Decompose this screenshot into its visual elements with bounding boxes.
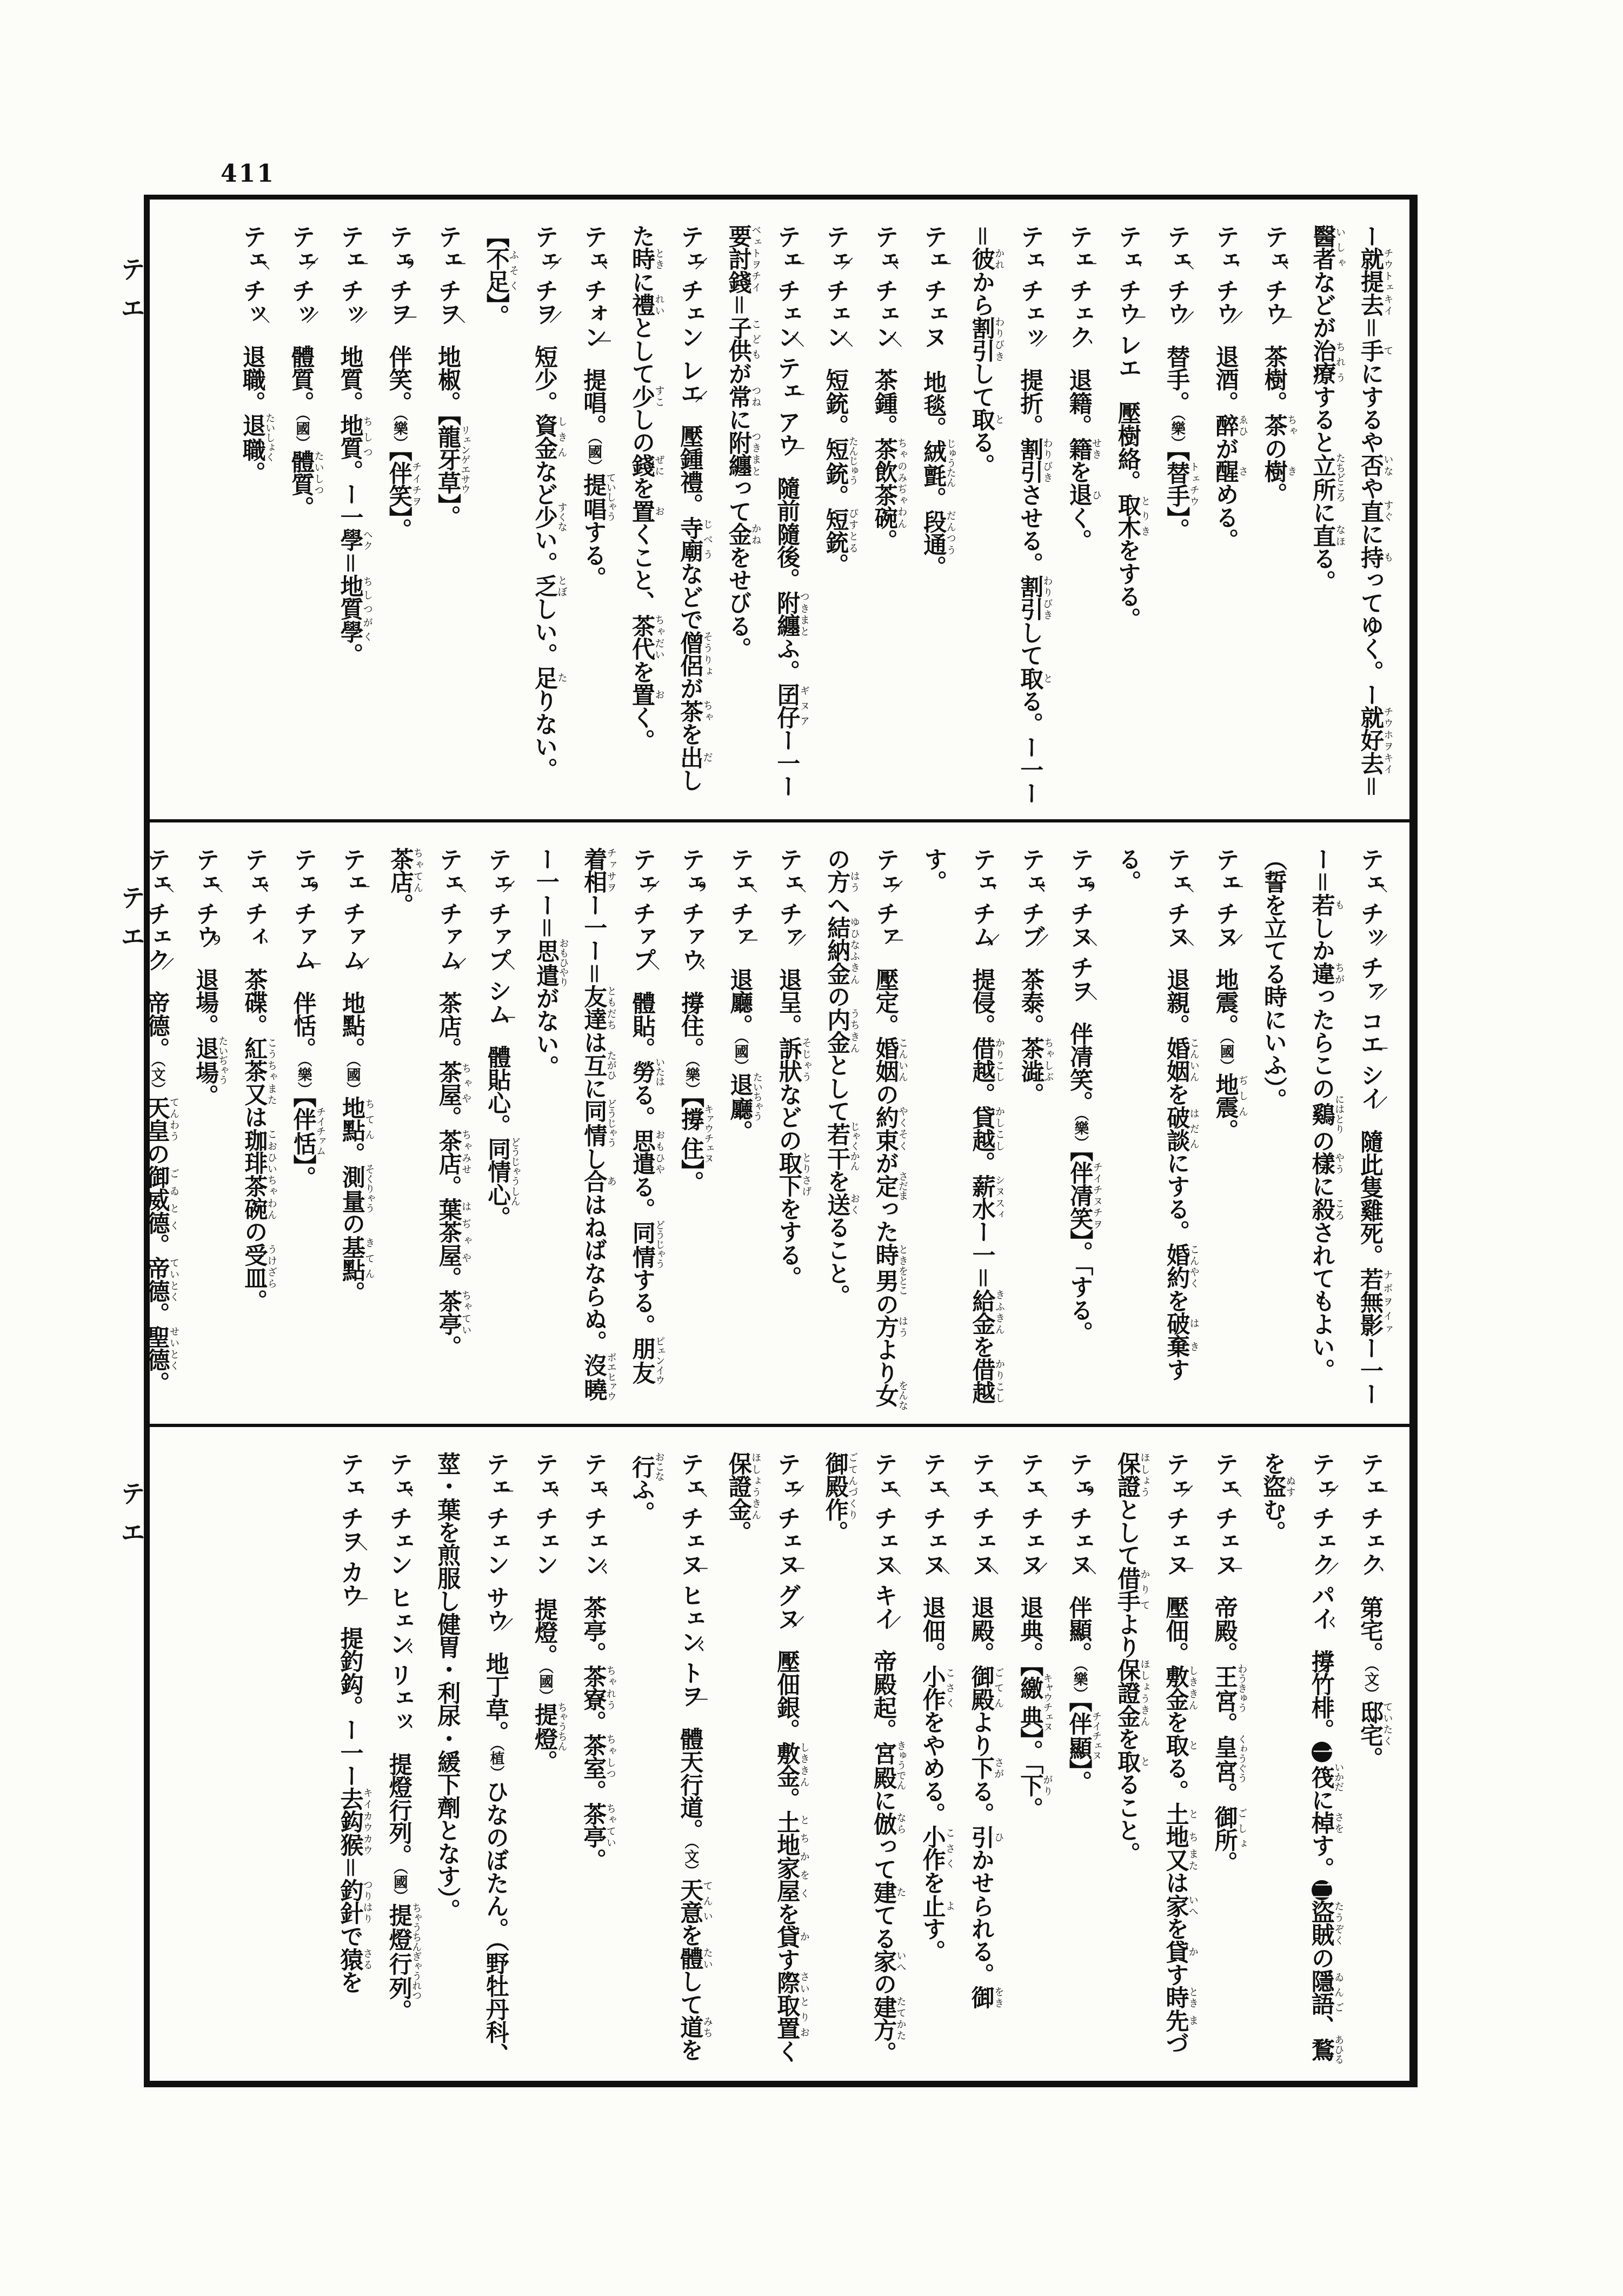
tone-mark: く: [1029, 880, 1054, 892]
entry-definition: 退呈。訴狀そじゃうなどの取下とりさげをする。: [775, 968, 802, 1289]
tone-mark: ＼: [640, 958, 665, 970]
entry-definition: 退典。【繳典キャウチェヌ】。「下がり。: [1016, 1596, 1043, 1820]
entry-headword-kana: テェヽチム／: [969, 847, 996, 955]
dictionary-entry: テェ＼チェヌ｜帝殿。王宮わうきゅう。皇宮くゎうぐう。御所ごしょ。: [1200, 1452, 1248, 2070]
dictionary-entry: テェ／チヲ／短少。資金しきんなど少すくない。乏とぼしい。足たりない。【不足ふそく…: [472, 224, 569, 808]
dictionary-entry: テェ｜チェクヽ第宅。（文）邸宅ていたく。: [1346, 1452, 1394, 2070]
tone-mark: ＼: [833, 335, 858, 347]
dictionary-entry: テェ／チァ｜壓定。婚姻こんいんの約束やくそくが定さだまった時とき男をとこの方はう…: [813, 847, 910, 1413]
tone-mark: ／: [883, 880, 908, 892]
page-number: 411: [221, 160, 275, 188]
entry-headword-kana: テェヽチェッ／: [1016, 224, 1043, 356]
dictionary-entry: テェヽチヲ＼カウ｜提釣鈎。ー一ー去鈎猴キイカウカウ＝釣針つりはりで猿さるを: [325, 1452, 374, 2070]
entry-definition: 退場。退場たいぢゃう。: [192, 968, 219, 1107]
entry-headword-kana: テェ｜チェンサウ／: [482, 1452, 509, 1640]
dictionary-entry: テェ＼チッ＼退職。退職たいしょく。: [228, 224, 276, 808]
tone-mark: ／: [784, 1485, 809, 1497]
tone-mark: ／: [1223, 311, 1248, 323]
tone-mark: ｜: [784, 389, 809, 401]
band-bottom: テェ｜チェクヽ第宅。（文）邸宅ていたく。テェ／チェク／パイく撐竹棑。一筏いかだに…: [150, 1427, 1409, 2081]
entry-definition: 撐住。（樂）【撐住キァウチェヌ】。: [677, 991, 704, 1194]
dictionary-entry: テェ９チヌ＼チヲ＼伴凊笑。（樂）【伴凊笑チイチヌチヲ】。「する。: [1055, 847, 1104, 1413]
tone-mark: ｜: [445, 257, 470, 269]
entry-headword-kana: テェ／チッ／: [288, 224, 315, 333]
dictionary-entry: テェ｜チヌ／地震。（國）地震ぢしん。: [1201, 847, 1249, 1413]
entry-definition: 地質。地質ちしつ。ー一學ヘク＝地質學ちしつがく。: [336, 345, 363, 666]
dictionary-entry: テェ９チヲ｜伴笑。（樂）【伴笑チイチヲ】。: [374, 224, 423, 808]
entry-headword-kana: テェ／チェン＼: [822, 224, 849, 356]
tone-mark: ／: [640, 880, 665, 892]
entry-definition: 帝殿。王宮わうきゅう。皇宮くゎうぐう。御所ごしょ。: [1211, 1596, 1238, 1874]
tone-mark: ｜: [348, 1592, 373, 1604]
entry-definition: 替手。（樂）【替手トェチウ】。: [1163, 345, 1190, 541]
genre-label: （文）: [682, 1842, 699, 1878]
dictionary-entry: テェ｜チェンサウ／地丁草。（植）ひなのぼたん。（野牡丹科、莖・葉を煎服し健胃・利…: [423, 1452, 520, 2070]
content-border-box: ー就提去チウトェキイ＝手てにするや否いなや直すぐに持もってゆく。ー就好去チウホヲ…: [144, 195, 1418, 2087]
entry-headword-kana: テェ９チァウく: [677, 847, 704, 979]
tone-mark: ｜: [1222, 1562, 1247, 1574]
tone-mark: ヽ: [397, 1719, 422, 1731]
entry-headword-kana: テェくチウ｜: [1261, 224, 1288, 333]
genre-label: （國）: [344, 1060, 361, 1097]
tone-mark: く: [252, 880, 277, 892]
tone-mark: ＼: [1222, 1485, 1247, 1497]
genre-label: （國）: [536, 1667, 553, 1703]
entry-definition: 第宅。（文）邸宅ていたく。: [1356, 1596, 1383, 1769]
dictionary-entry: テェ＼チウ９退場。退場たいぢゃう。: [181, 847, 230, 1413]
tone-mark: ／: [1368, 934, 1393, 946]
dictionary-entry: テェくチェンヒェンくリェッヽ提燈行列。（國）提燈行列ちゃうちんぎゃうれつ。: [374, 1452, 423, 2070]
tone-mark: く: [397, 1642, 422, 1654]
entry-definition: 帝德。（文）天皇てんわうの御威德ごゐとく。帝德ていとく。聖德せいとく。: [150, 991, 170, 1394]
tone-mark: ｜: [1126, 311, 1150, 323]
entry-headword-kana: テェ／チァプ＼: [629, 847, 656, 979]
dictionary-entry: テェ＼チェヌ／退典。【繳典キャウチェヌ】。「下がり。: [1006, 1452, 1054, 2070]
dictionary-entry: テェ｜チッ／地質。地質ちしつ。ー一學ヘク＝地質學ちしつがく。: [325, 224, 374, 808]
tone-mark: ＼: [250, 311, 275, 323]
tone-mark: ｜: [688, 1694, 713, 1706]
tone-mark: く: [688, 1640, 713, 1651]
entry-headword-kana: テェ＼チェヌ＼キイ／: [870, 1452, 897, 1637]
tone-mark: ／: [784, 1616, 809, 1628]
genre-label: （國）: [391, 1867, 408, 1903]
entry-headword-kana: テェ＼チァ／: [775, 847, 802, 955]
tone-mark: ／: [980, 934, 1005, 946]
tone-mark: ＼: [881, 1485, 906, 1497]
dictionary-entry: テェ＼チェヌ｜ヒェンくトヲ｜體天行道。（文）天意てんいを體たいして道みちを行おこ…: [617, 1452, 714, 2070]
tone-mark: ／: [348, 311, 373, 323]
entry-definition: 茶亭。茶寮ちゃれう。茶室ちゃしつ。茶亭ちゃてい。: [580, 1596, 607, 1871]
entry-definition: 伴凊笑。（樂）【伴凊笑チイチヌチヲ】。「する。: [1066, 1022, 1093, 1344]
entry-definition: 體貼心。同情心どうじゃうしん。: [484, 1045, 511, 1229]
entry-definition: 提釣鈎。ー一ー去鈎猴キイカウカウ＝釣針つりはりで猿さるを: [336, 1627, 363, 1993]
tone-mark: ｜: [348, 257, 373, 269]
genre-label: （國）: [585, 437, 602, 474]
entry-headword-kana: テェ＼チウ／: [1163, 224, 1190, 333]
dictionary-entry: テェ＼チェク／帝德。（文）天皇てんわうの御威德ごゐとく。帝德ていとく。聖德せいと…: [150, 847, 181, 1413]
entry-definition: 茶鍾。茶飲茶碗ちゃのみぢゃわん。: [871, 368, 898, 552]
entry-definition: 茶樹。茶ちゃの樹き。: [1261, 345, 1288, 506]
dictionary-entry: テェ／チェヌ｜グヌ／壓佃銀。敷金しききん。土地家屋とちかをくを貸かす際さい取置と…: [714, 1452, 811, 2070]
dictionary-entry: テェくチェン＼茶鍾。茶飲茶碗ちゃのみぢゃわん。: [860, 224, 909, 808]
tone-mark: ９: [1076, 1485, 1101, 1497]
entry-headword-kana: テェ９チヌ＼チヲ＼: [1066, 847, 1093, 1009]
entry-definition: 壓樹絡。取木とりきをする。: [1114, 401, 1141, 631]
tone-mark: ＼: [1076, 1562, 1101, 1574]
dictionary-entry: テェ＼チァム／茶店。茶屋ちゃや。茶店ちゃみせ。葉茶屋はぢゃや。茶亭ちゃてい。茶店…: [376, 847, 473, 1413]
tone-mark: ／: [542, 311, 567, 323]
tone-mark: ／: [688, 391, 713, 403]
tone-mark: ｜: [1368, 1485, 1393, 1497]
entry-definition: 退佃。小作こさくをやめる。小作こさくを止よす。: [919, 1596, 946, 1962]
entry-definition: 地椒。【龍牙草リェンゲエサウ】。: [434, 345, 461, 528]
dictionary-entry: テェ９チァム｜伴恬。（樂）【伴恬チイチァム】。: [278, 847, 327, 1413]
entry-headword-kana: テェ｜チェクヽ: [1065, 224, 1092, 356]
tone-mark: ヽ: [252, 934, 277, 946]
tone-mark: ９: [203, 934, 228, 946]
dictionary-entry: テェ／チェヌ｜壓佃。敷金しききんを取とる。土地とち又または家いへを貸かす時とき先…: [1103, 1452, 1200, 2070]
entry-headword-kana: テェヽチウ／: [1212, 224, 1239, 333]
tone-mark: ＼: [688, 1485, 713, 1497]
entry-headword-kana: テェくチェンヒェンくリェッヽ: [385, 1452, 413, 1740]
tone-mark: ９: [1077, 880, 1102, 892]
dictionary-entry: テェ／チェン＼短銃。短銃たんじゅう。短銃ぴすとる。: [811, 224, 860, 808]
dictionary-entry: テェ＼チァ｜退廳。（國）退廳たいちゃう。: [715, 847, 764, 1413]
entry-definition: 伴顯。（樂）【伴顯チイチェヌ】。: [1065, 1596, 1092, 1794]
tone-mark: ＼: [930, 1562, 955, 1574]
entry-headword-kana: テェくチィヽ: [241, 847, 268, 955]
dictionary-entry: テェ／チァプ＼體貼。勞いたはる。思遣おもひやる。同情どうじゃうする。朋友ピェンイ…: [522, 847, 667, 1413]
entry-definition: 體質。（國）體質たいしつ。: [288, 345, 315, 519]
entry-definition: 伴恬。（樂）【伴恬チイチァム】。: [290, 991, 317, 1189]
tone-mark: く: [689, 958, 714, 970]
tone-mark: ヽ: [1126, 257, 1150, 269]
entry-headword-kana: テェ／チァ｜: [872, 847, 899, 955]
entry-definition: ー就提去チウトェキイ＝手てにするや否いなや直すぐに持もってゆく。ー就好去チウホヲ…: [1309, 224, 1384, 798]
tone-mark: ＼: [1174, 934, 1199, 946]
tone-mark: ＼: [445, 311, 470, 323]
genre-label: （樂）: [391, 414, 408, 450]
tone-mark: ヽ: [1368, 1562, 1393, 1574]
entry-headword-kana: テェ＼チェヌ｜: [1211, 1452, 1238, 1583]
entry-definition: 提唱。（國）提唱ていしゃうする。: [580, 368, 607, 589]
tone-mark: ｜: [1173, 1562, 1198, 1574]
entry-headword-kana: テェくチェン＼: [871, 224, 898, 356]
tone-mark: く: [542, 1485, 567, 1497]
entry-headword-kana: テェくチォン｜: [580, 224, 607, 356]
entry-definition: 地點。（國）地點ちてん。測量そくりゃうの基點きてん。: [338, 991, 365, 1304]
tone-mark: ＼: [737, 880, 762, 892]
tone-mark: ヽ: [348, 1485, 373, 1497]
tone-mark: ｜: [688, 1562, 713, 1574]
tone-mark: ／: [833, 257, 858, 269]
dictionary-entry: テェヽチェッ／提折。割引わりびきさせる。割引わりびきして取とる。ー一ー＝彼かれか…: [957, 224, 1054, 808]
genre-label: （文）: [150, 1060, 165, 1097]
entry-definition: 茶泰。茶澁ちゃしぶ。: [1017, 968, 1045, 1105]
entry-headword-kana: テェ＼チァム／: [435, 847, 462, 979]
tone-mark: ／: [350, 958, 375, 970]
tone-mark: ｜: [1076, 257, 1101, 269]
tone-mark: ９: [301, 880, 326, 892]
entry-headword-kana: テェ｜チァム／: [338, 847, 365, 979]
dictionary-entry: テェ＼チェヌ＼退殿。御殿ごてんより下さがる。引ひかせられる。御をき: [956, 1452, 1005, 2070]
dictionary-entry: テェくチィヽ茶碟。紅茶こうちゃ又または珈琲茶碗こおひいちゃわんの受皿うけざら。: [230, 847, 278, 1413]
tone-mark: ＼: [882, 335, 907, 347]
tone-mark: ＼: [447, 880, 471, 892]
entry-headword-kana: テェくチェン: [531, 1452, 558, 1585]
entry-headword-kana: テェ｜チヌ／: [1212, 847, 1239, 955]
tone-mark: ／: [1173, 1485, 1198, 1497]
entry-definition: 地毯。絨氈じゅうたん。段通だんつう。: [920, 370, 947, 578]
dictionary-entry: テェくチウ｜茶樹。茶ちゃの樹き。: [1250, 224, 1299, 808]
dictionary-entry: テェ＼チァ／退呈。訴狀そじゃうなどの取下とりさげをする。: [764, 847, 813, 1413]
dictionary-entry: テェヽチウ｜レエ壓樹絡。取木とりきをする。: [1103, 224, 1152, 808]
entry-definition: 伴笑。（樂）【伴笑チイチヲ】。: [385, 345, 413, 541]
dictionary-entry: テェ９チァウく撐住。（樂）【撐住キァウチェヌ】。: [667, 847, 715, 1413]
tone-mark: ／: [1174, 311, 1199, 323]
entry-definition: 退職。退職たいしょく。: [239, 345, 266, 484]
dictionary-entry: テェ９チェヌ＼伴顯。（樂）【伴顯チイチェヌ】。: [1054, 1452, 1103, 2070]
entry-headword-kana: テェ＼チヌ＼: [1163, 847, 1190, 955]
dictionary-entry: テェ＼チェヌ＼退佃。小作こさくをやめる。小作こさくを止よす。: [908, 1452, 956, 2070]
tone-mark: ｜: [1223, 880, 1248, 892]
entry-definition: 地震。（國）地震ぢしん。: [1212, 968, 1239, 1142]
genre-label: （植）: [488, 1744, 504, 1780]
entry-headword-kana: テェ＼チウ９: [192, 847, 219, 955]
entry-headword-kana: テェ＼チェヌ｜ヒェンくトヲ｜: [676, 1452, 703, 1715]
tone-mark: ／: [1223, 934, 1248, 946]
entry-headword-kana: テェ９チヲ｜: [385, 224, 413, 333]
tone-mark: ＼: [348, 1539, 373, 1551]
entry-definition: 茶碟。紅茶こうちゃ又または珈琲茶碗こおひいちゃわんの受皿うけざら。: [241, 968, 268, 1312]
entry-definition: 提燈。（國）提燈ちゃうちん。: [531, 1598, 558, 1773]
tone-mark: ＼: [979, 1562, 1004, 1574]
entry-definition: 退酒。醉ゑひが醒さめる。: [1212, 345, 1239, 552]
tone-mark: ／: [1368, 988, 1393, 1000]
tone-mark: ｜: [784, 257, 809, 269]
entry-definition: 提燈行列。（國）提燈行列ちゃうちんぎゃうれつ。: [385, 1753, 413, 2022]
genre-label: （國）: [1218, 1037, 1234, 1073]
genre-label: （樂）: [1168, 414, 1185, 450]
entry-definition: 短銃。短銃たんじゅう。短銃ぴすとる。: [822, 368, 849, 576]
tone-mark: ／: [154, 958, 179, 970]
tone-mark: ＼: [787, 880, 811, 892]
tone-mark: ヽ: [1223, 257, 1248, 269]
tone-mark: く: [591, 1485, 616, 1497]
dictionary-entry: テェ｜チァム／地點。（國）地點ちてん。測量そくりゃうの基點きてん。: [328, 847, 376, 1413]
tone-mark: ／: [299, 311, 324, 323]
tone-mark: く: [882, 257, 907, 269]
tone-mark: ／: [299, 257, 324, 269]
dictionary-entry: テェ＼チッ／チァ／コエ｜シイ／隨此隻雞死。若無影ナボヲイァー一ーー＝若もしか違ち…: [1250, 847, 1395, 1413]
tone-mark: ／: [447, 958, 471, 970]
tone-mark: ｜: [591, 335, 616, 347]
circled-number: 一: [1312, 1742, 1332, 1762]
entry-headword-kana: テェ９チァム｜: [290, 847, 317, 979]
dictionary-entry: テェ／チェク／パイく撐竹棑。一筏いかだに棹さをす。二盜賊たうぞくの隱語ゐんご、鶩…: [1249, 1452, 1346, 2070]
tone-mark: ｜: [931, 257, 956, 269]
entry-headword-kana: テェ＼チェヌ＼: [968, 1452, 995, 1583]
genre-label: （國）: [293, 414, 310, 450]
entry-headword-kana: テェ／チヲ／: [531, 224, 558, 333]
genre-label: （國）: [731, 1037, 748, 1073]
tone-mark: ヽ: [1028, 257, 1053, 269]
tone-mark: ＼: [1077, 934, 1102, 946]
tone-mark: ＼: [930, 1485, 955, 1497]
tone-mark: ＼: [250, 257, 275, 269]
tone-mark: ＼: [1174, 880, 1199, 892]
tone-mark: ／: [495, 880, 520, 892]
tone-mark: ＼: [979, 1485, 1004, 1497]
entry-headword-kana: テェ｜チッ／: [336, 224, 363, 333]
tone-mark: ｜: [495, 1012, 520, 1024]
entry-headword-kana: テェ｜チヲ＼: [434, 224, 461, 333]
tone-mark: ＼: [881, 1562, 906, 1574]
entry-headword-kana: テェ／チェンレエ／: [676, 224, 703, 412]
entry-headword-kana: テェ＼チェヌ／: [1016, 1452, 1043, 1583]
genre-label: （樂）: [683, 1060, 700, 1097]
scanned-dictionary-page: { "page": { "number": "411" }, "bands": …: [0, 0, 1623, 2296]
tone-mark: ヽ: [980, 880, 1005, 892]
tone-mark: ／: [1029, 934, 1054, 946]
entry-headword-kana: テェ＼チェク／: [150, 847, 170, 979]
entry-headword-kana: テェ＼チッ／チァ／コエ｜シイ／: [1356, 847, 1383, 1117]
entry-headword-kana: テェ／チァプ＼シム｜: [484, 847, 511, 1033]
entry-definition: 退廳。（國）退廳たいちゃう。: [726, 968, 753, 1143]
tone-mark: ／: [1028, 1562, 1053, 1574]
tone-mark: く: [591, 257, 616, 269]
dictionary-entry: テェくチォン｜提唱。（國）提唱ていしゃうする。: [569, 224, 617, 808]
tone-mark: ／: [688, 257, 713, 269]
tone-mark: ＼: [784, 335, 809, 347]
dictionary-entry: テェ｜チェクヽ退籍。籍せきを退ひく。: [1054, 224, 1103, 808]
tone-mark: く: [1319, 1616, 1344, 1628]
genre-label: （樂）: [295, 1060, 312, 1097]
entry-headword-kana: テェ＼チッ＼: [239, 224, 266, 333]
entry-headword-kana: テェ／チェヌ｜: [1162, 1452, 1189, 1583]
tone-mark: く: [591, 1562, 616, 1574]
dictionary-entry: テェくチェン提燈。（國）提燈ちゃうちん。: [520, 1452, 569, 2070]
tone-mark: ／: [1028, 335, 1053, 347]
tone-mark: ｜: [784, 1562, 809, 1574]
dictionary-entry: テェ｜チヲ＼地椒。【龍牙草リェンゲエサウ】。: [423, 224, 472, 808]
entry-definition: 退籍。籍せきを退ひく。: [1065, 368, 1092, 552]
tone-mark: ｜: [301, 958, 326, 970]
tone-mark: ９: [397, 257, 422, 269]
tone-mark: ／: [1319, 1485, 1344, 1497]
entry-headword-kana: テェ９チェヌ＼: [1065, 1452, 1092, 1583]
tone-mark: ｜: [350, 880, 375, 892]
dictionary-entry: テェヽチウ／退酒。醉ゑひが醒さめる。: [1201, 224, 1249, 808]
tone-mark: ｜: [1368, 1042, 1393, 1054]
tone-mark: ｜: [494, 1485, 518, 1497]
tone-mark: ／: [881, 1616, 906, 1628]
dictionary-entry: テェくチブ／茶泰。茶澁ちゃしぶ。: [1007, 847, 1055, 1413]
dictionary-entry: テェ＼チウ／替手。（樂）【替手トェチウ】。: [1152, 224, 1201, 808]
entry-headword-kana: テェ／チェヌ｜グヌ／: [773, 1452, 800, 1637]
tone-mark: ／: [1319, 1562, 1344, 1574]
entry-headword-kana: テェ｜チェヌ: [920, 224, 947, 358]
tone-mark: ＼: [203, 880, 228, 892]
dictionary-entry: ー就提去チウトェキイ＝手てにするや否いなや直すぐに持もってゆく。ー就好去チウホヲ…: [1299, 224, 1394, 808]
tone-mark: ＼: [1368, 880, 1393, 892]
entry-headword-kana: テェくチェンく: [580, 1452, 607, 1583]
tone-mark: ｜: [784, 442, 809, 454]
tone-mark: ｜: [397, 311, 422, 323]
tone-mark: ｜: [883, 934, 908, 946]
tone-mark: ／: [494, 1618, 518, 1630]
tone-mark: ／: [542, 257, 567, 269]
entry-headword-kana: テェ／チェク／パイく: [1308, 1452, 1335, 1637]
tone-mark: ｜: [737, 934, 762, 946]
dictionary-entry: テェ＼チヌ＼退親。婚姻こんいんを破談はだんにする。婚約こんやくを破棄はきする。: [1104, 847, 1201, 1413]
dictionary-entry: テェ／チァプ＼シム｜體貼心。同情心どうじゃうしん。: [473, 847, 522, 1413]
tone-mark: ＼: [154, 880, 179, 892]
entry-headword-kana: テェヽチヲ＼カウ｜: [336, 1452, 363, 1614]
genre-label: （樂）: [1072, 1114, 1088, 1150]
tone-mark: ９: [689, 880, 714, 892]
dictionary-entry: テェヽチム／提侵。借越かりこし。貸越かしこし。薪水シヌスィー一＝給金きふきんを借…: [910, 847, 1007, 1413]
entry-headword-kana: テェ｜チェン＼テェ｜アウ｜: [773, 224, 800, 463]
dictionary-entry: テェ＼チェヌ＼キイ／帝殿起。宮殿きゅうでんに倣ならって建たてる家いへの建方たてか…: [811, 1452, 908, 2070]
entry-definition: 退殿。御殿ごてんより下さがる。引ひかせられる。御をき: [968, 1596, 995, 2008]
dictionary-entry: テェ／チッ／體質。（國）體質たいしつ。: [277, 224, 325, 808]
dictionary-entry: テェ／チェンレエ／壓鍾禮。寺廟じべうなどで僧侶そうりょが茶ちゃを出だした時ときに…: [617, 224, 714, 808]
tone-mark: く: [1272, 257, 1297, 269]
genre-label: （文）: [1362, 1665, 1379, 1701]
dictionary-entry: テェ｜チェヌ地毯。絨氈じゅうたん。段通だんつう。: [909, 224, 957, 808]
entry-headword-kana: テェ＼チェヌ＼: [919, 1452, 946, 1583]
tone-mark: ＼: [1174, 257, 1199, 269]
dictionary-entry: テェくチェンく茶亭。茶寮ちゃれう。茶室ちゃしつ。茶亭ちゃてい。: [569, 1452, 617, 2070]
genre-label: （樂）: [1070, 1665, 1087, 1701]
tone-mark: ／: [787, 934, 811, 946]
band-middle: テェ＼チッ／チァ／コエ｜シイ／隨此隻雞死。若無影ナボヲイァー一ーー＝若もしか違ち…: [150, 822, 1409, 1424]
entry-headword-kana: テェヽチウ｜レエ: [1114, 224, 1141, 388]
entry-headword-kana: テェ｜チェクヽ: [1356, 1452, 1383, 1583]
dictionary-entry: テェ｜チェン＼テェ｜アウ｜隨前隨後。附纏つきまとふ。囝仔ギヌアー一ー要討錢ベェト…: [714, 224, 811, 808]
tone-mark: ＼: [1028, 1485, 1053, 1497]
tone-mark: ヽ: [1076, 335, 1101, 347]
entry-headword-kana: テェくチブ／: [1017, 847, 1045, 955]
band-top: ー就提去チウトェキイ＝手てにするや否いなや直すぐに持もってゆく。ー就好去チウホヲ…: [150, 200, 1409, 819]
tone-mark: ｜: [1272, 311, 1297, 323]
tone-mark: く: [397, 1485, 422, 1497]
tone-mark: ＼: [495, 958, 520, 970]
entry-headword-kana: テェ＼チァ｜: [726, 847, 753, 955]
circled-number: 二: [1312, 1880, 1332, 1901]
tone-mark: ／: [1368, 1096, 1393, 1108]
tone-mark: ＼: [1077, 988, 1102, 1000]
